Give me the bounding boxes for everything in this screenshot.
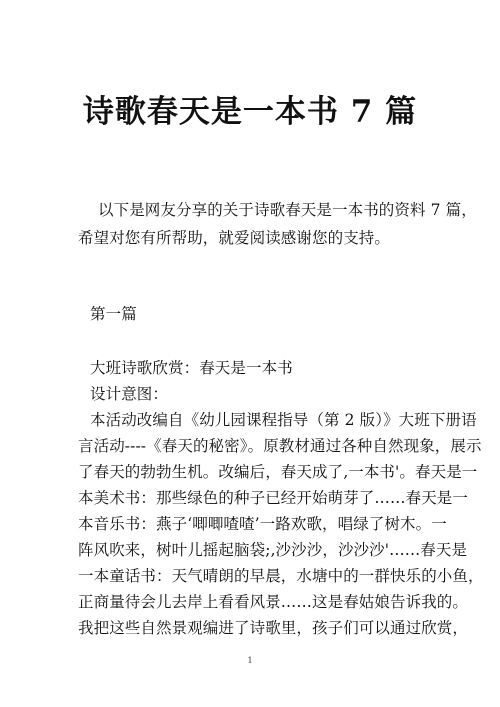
document-page: 诗歌春天是一本书 7 篇 以下是网友分享的关于诗歌春天是一本书的资料 7 篇， …	[0, 0, 500, 707]
subtitle: 大班诗歌欣赏：春天是一本书	[90, 356, 293, 378]
body-line: 言活动----《春天的秘密》。原教材通过各种自然现象，展示	[78, 434, 482, 456]
document-title: 诗歌春天是一本书 7 篇	[0, 86, 500, 131]
body-line: 了春天的勃勃生机。改编后，春天成了‚一本书'。春天是一	[78, 460, 477, 482]
section-heading: 第一篇	[90, 302, 137, 324]
page-number: 1	[0, 656, 500, 665]
body-line: 本活动改编自《幼儿园课程指导（第 2 版）》大班下册语	[90, 408, 477, 430]
design-label: 设计意图：	[90, 382, 168, 404]
body-line: 本美术书：那些绿色的种子已经开始萌芽了……春天是一	[78, 486, 468, 508]
body-line: 一本童话书：天气晴朗的早晨，水塘中的一群快乐的小鱼，	[78, 564, 484, 586]
body-line: 阵风吹来，树叶儿摇起脑袋;‚沙沙沙，沙沙沙'……春天是	[78, 538, 467, 560]
intro-line: 希望对您有所帮助，就爱阅读感谢您的支持。	[78, 226, 390, 248]
intro-line: 以下是网友分享的关于诗歌春天是一本书的资料 7 篇，	[98, 198, 477, 220]
body-line: 我把这些自然景观编进了诗歌里，孩子们可以通过欣赏，	[78, 616, 468, 638]
body-line: 正商量待会儿去岸上看看风景……这是春姑娘告诉我的。	[78, 590, 468, 612]
body-line: 本音乐书：燕子‘唧唧喳喳’一路欢歌，唱绿了树木。一	[78, 512, 447, 534]
